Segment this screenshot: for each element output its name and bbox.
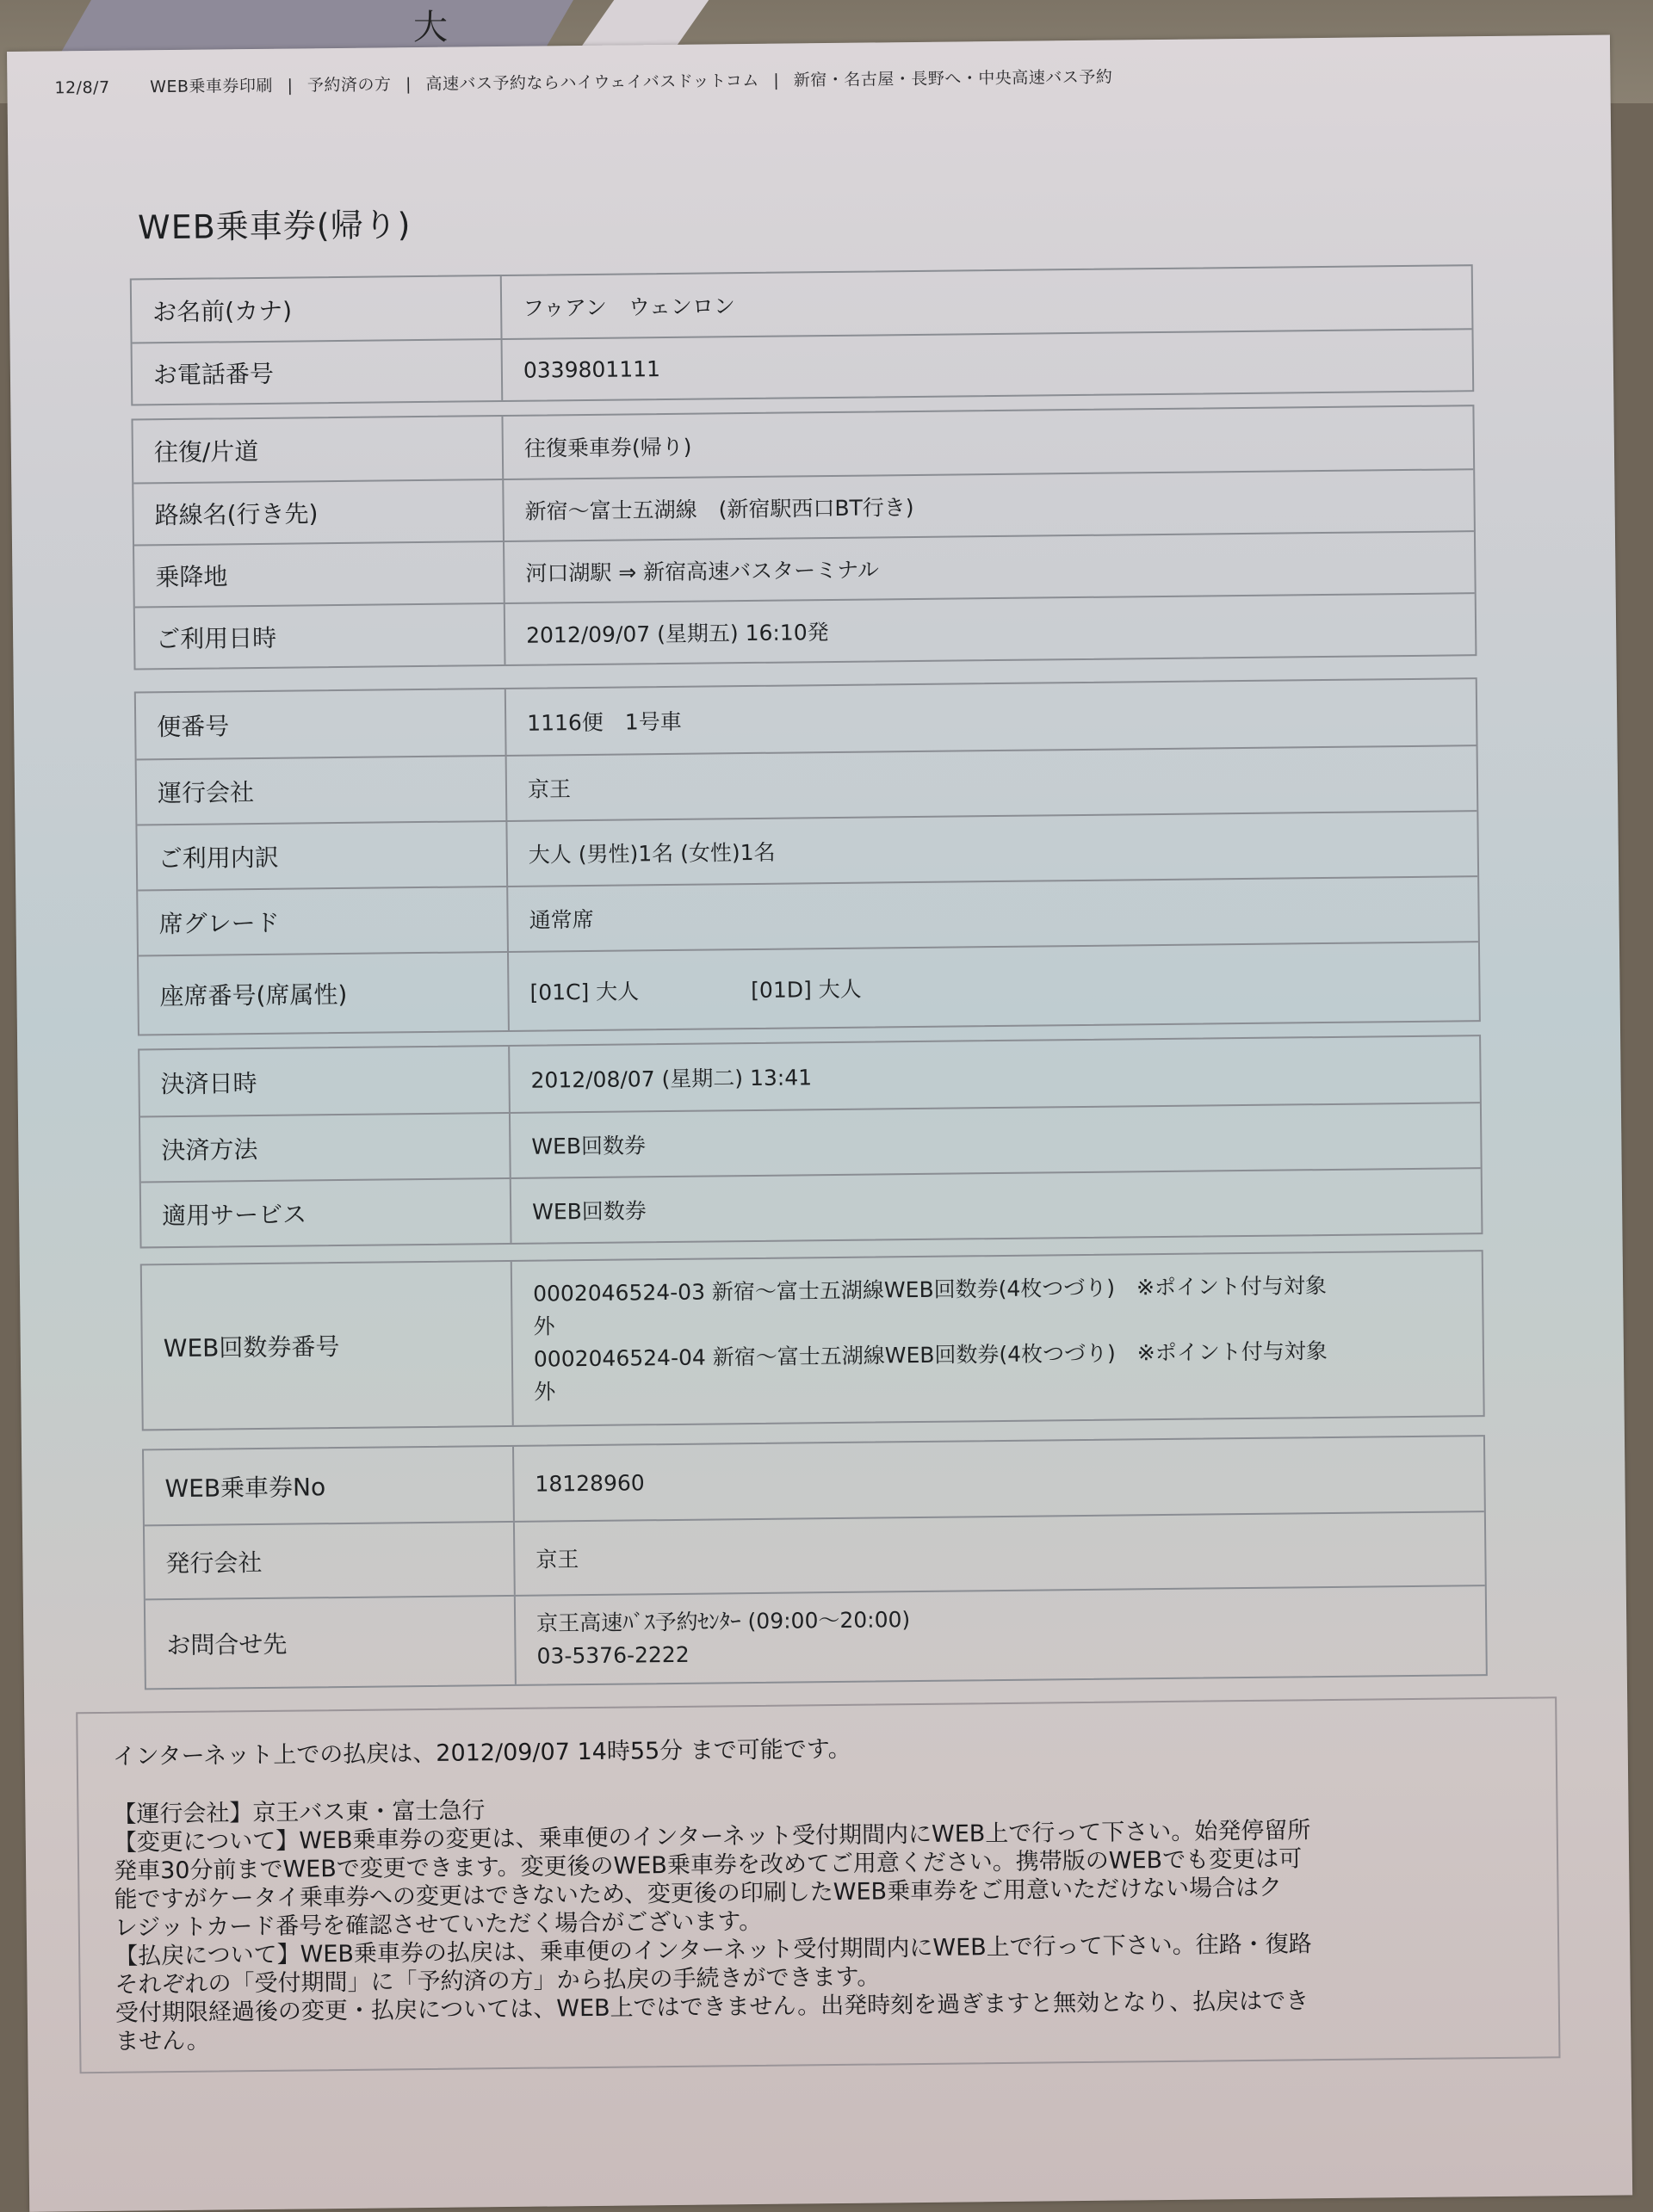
print-header-item: 予約済の方: [307, 75, 392, 95]
value-payment-date: 2012/08/07 (星期二) 13:41: [510, 1036, 1480, 1112]
refund-deadline-notice: インターネット上での払戻は、2012/09/07 14時55分 まで可能です。: [113, 1728, 1521, 1771]
label-phone: お電話番号: [133, 340, 504, 404]
page-title: WEB乗車券(帰り): [138, 198, 412, 248]
coupon-line: 0002046524-04 新宿～富士五湖線WEB回数券(4枚つづり) ※ポイン…: [534, 1335, 1328, 1376]
table-row: 発行会社 京王: [145, 1511, 1485, 1598]
label-payment-method: 決済方法: [140, 1114, 511, 1181]
value-stops: 河口湖駅 ⇒ 新宿高速バスターミナル: [505, 532, 1475, 602]
value-trip-type: 往復乗車券(帰り): [503, 406, 1473, 479]
coupon-line: 外: [534, 1375, 555, 1408]
value-departure: 2012/09/07 (星期五) 16:10発: [505, 594, 1476, 664]
label-flight-no: 便番号: [136, 689, 507, 758]
label-seat-grade: 席グレード: [138, 887, 509, 955]
coupon-line: 外: [533, 1310, 554, 1343]
label-issuer: 発行会社: [145, 1523, 516, 1598]
contact-center: 京王高速ﾊﾞｽ予約ｾﾝﾀｰ (09:00～20:00): [536, 1603, 910, 1640]
label-payment-date: 決済日時: [139, 1047, 511, 1115]
table-row: 便番号 1116便 1号車: [136, 679, 1477, 758]
value-passengers: 大人 (男性)1名 (女性)1名: [507, 812, 1477, 886]
label-departure: ご利用日時: [135, 604, 506, 668]
coupon-numbers-table: WEB回数券番号 0002046524-03 新宿～富士五湖線WEB回数券(4枚…: [140, 1250, 1485, 1430]
table-row: WEB乗車券No 18128960: [144, 1437, 1484, 1524]
separator: |: [773, 71, 779, 90]
separator: |: [406, 75, 412, 94]
label-service: 適用サービス: [141, 1179, 512, 1246]
coupon-line: 0002046524-03 新宿～富士五湖線WEB回数券(4枚つづり) ※ポイン…: [533, 1270, 1327, 1311]
label-trip-type: 往復/片道: [133, 417, 504, 482]
label-operator: 運行会社: [137, 757, 508, 824]
value-payment-method: WEB回数券: [511, 1103, 1481, 1177]
table-row: 決済日時 2012/08/07 (星期二) 13:41: [139, 1036, 1480, 1115]
value-contact: 京王高速ﾊﾞｽ予約ｾﾝﾀｰ (09:00～20:00) 03-5376-2222: [516, 1586, 1486, 1684]
label-passengers: ご利用内訳: [137, 822, 508, 889]
value-name-kana: フゥアン ウェンロン: [502, 266, 1472, 338]
table-row: 座席番号(席属性) [01C] 大人 [01D] 大人: [139, 941, 1479, 1034]
table-row: WEB回数券番号 0002046524-03 新宿～富士五湖線WEB回数券(4枚…: [142, 1251, 1483, 1429]
table-row: お問合せ先 京王高速ﾊﾞｽ予約ｾﾝﾀｰ (09:00～20:00) 03-537…: [145, 1585, 1486, 1688]
seat-01d: [01D] 大人: [751, 973, 862, 1004]
print-header: 12/8/7 WEB乗車券印刷 | 予約済の方 | 高速バス予約ならハイウェイバ…: [54, 65, 1112, 99]
value-seat-grade: 通常席: [508, 877, 1478, 951]
handwritten-mark: 大: [413, 0, 448, 49]
label-contact: お問合せ先: [145, 1597, 517, 1688]
value-coupon-numbers: 0002046524-03 新宿～富士五湖線WEB回数券(4枚つづり) ※ポイン…: [512, 1251, 1483, 1425]
payment-info-table: 決済日時 2012/08/07 (星期二) 13:41 決済方法 WEB回数券 …: [138, 1035, 1483, 1248]
print-header-item: WEB乗車券印刷: [150, 77, 273, 96]
customer-info-table: お名前(カナ) フゥアン ウェンロン お電話番号 0339801111: [130, 264, 1474, 405]
label-coupon-numbers: WEB回数券番号: [142, 1262, 514, 1429]
route-info-table: 往復/片道 往復乗車券(帰り) 路線名(行き先) 新宿～富士五湖線 (新宿駅西口…: [131, 405, 1477, 670]
separator: |: [287, 77, 293, 96]
value-ticket-no: 18128960: [514, 1437, 1484, 1521]
contact-phone: 03-5376-2222: [536, 1639, 689, 1673]
print-header-item: 新宿・名古屋・長野へ・中央高速バス予約: [794, 68, 1113, 90]
seat-01c: [01C] 大人: [529, 974, 639, 1006]
value-service: WEB回数券: [511, 1169, 1482, 1243]
label-ticket-no: WEB乗車券No: [144, 1447, 515, 1524]
value-route: 新宿～富士五湖線 (新宿駅西口BT行き): [504, 470, 1474, 541]
print-date: 12/8/7: [54, 78, 109, 98]
terms-notes: インターネット上での払戻は、2012/09/07 14時55分 まで可能です。 …: [76, 1696, 1560, 2073]
value-issuer: 京王: [515, 1512, 1485, 1595]
label-stops: 乗降地: [134, 542, 505, 606]
value-phone: 0339801111: [503, 330, 1473, 400]
print-header-item: 高速バス予約ならハイウェイバスドットコム: [425, 71, 759, 94]
label-seat-number: 座席番号(席属性): [139, 953, 510, 1034]
value-flight-no: 1116便 1号車: [506, 679, 1477, 755]
value-operator: 京王: [507, 746, 1477, 820]
value-seat-number: [01C] 大人 [01D] 大人: [509, 942, 1479, 1030]
label-route: 路線名(行き先): [133, 480, 505, 544]
bus-info-table: 便番号 1116便 1号車 運行会社 京王 ご利用内訳 大人 (男性)1名 (女…: [134, 677, 1481, 1035]
label-name-kana: お名前(カナ): [132, 276, 503, 342]
printed-ticket-page: 12/8/7 WEB乗車券印刷 | 予約済の方 | 高速バス予約ならハイウェイバ…: [7, 35, 1632, 2212]
ticket-info-table: WEB乗車券No 18128960 発行会社 京王 お問合せ先 京王高速ﾊﾞｽ予…: [142, 1435, 1488, 1690]
